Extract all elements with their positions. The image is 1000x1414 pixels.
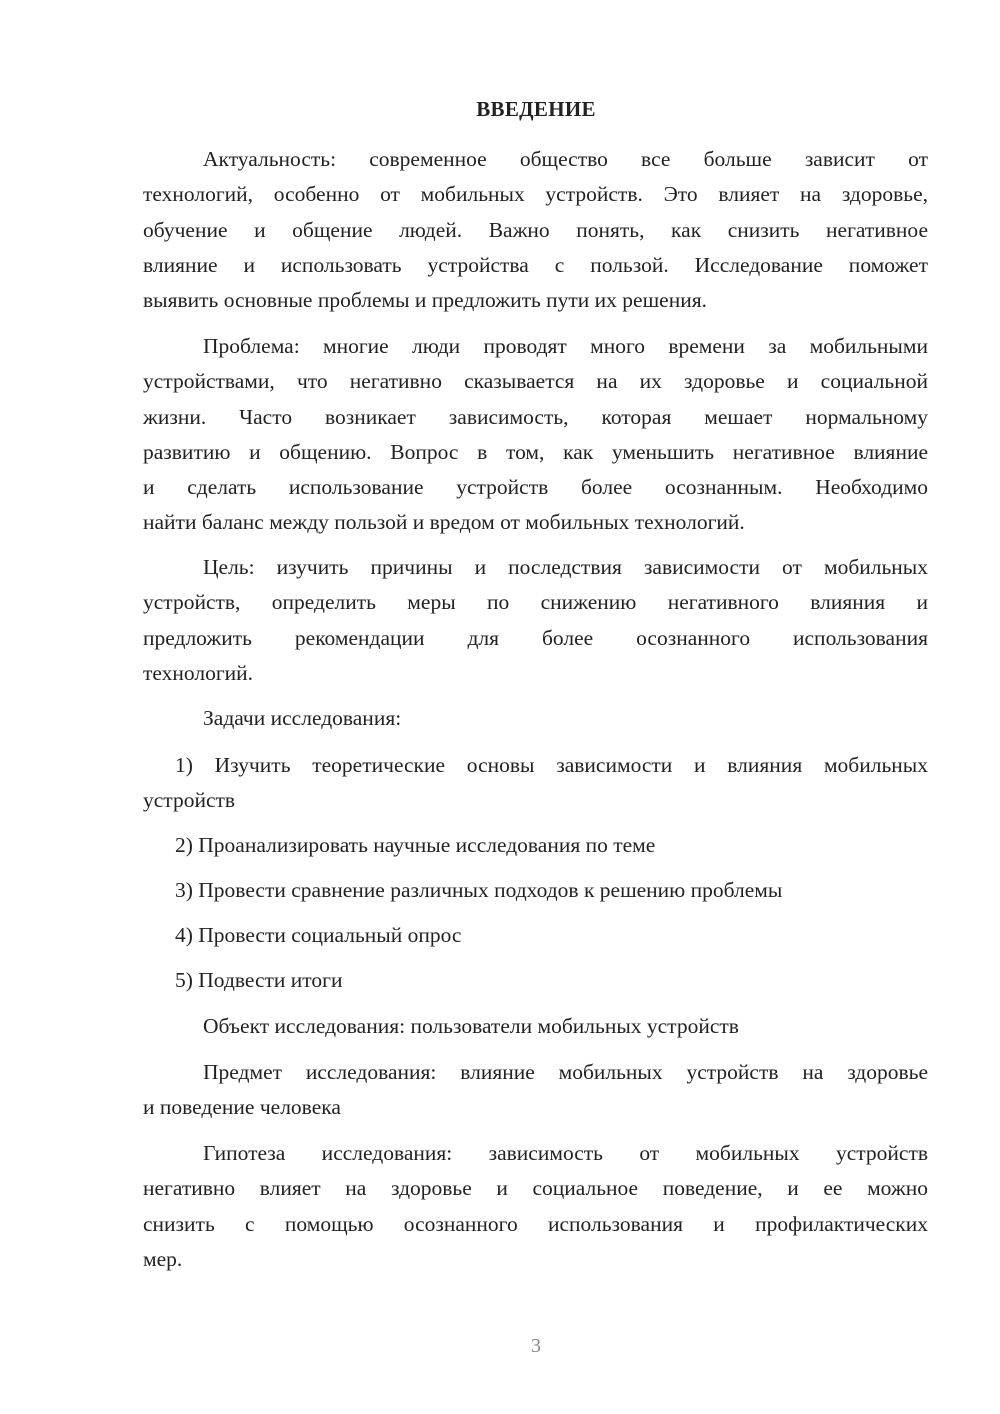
page-title: ВВЕДЕНИЕ (0, 97, 1000, 122)
text-line: снизить с помощью осознанного использова… (143, 1207, 928, 1242)
page-number: 3 (0, 1335, 1000, 1358)
paragraph-goal: Цель: изучить причины и последствия зави… (143, 550, 928, 691)
tasks-heading: Задачи исследования: (143, 701, 928, 736)
text-line: 5) Подвести итоги (143, 963, 928, 998)
text-line: Цель: изучить причины и последствия зави… (143, 550, 928, 585)
text-line: мер. (143, 1242, 928, 1277)
text-line: Предмет исследования: влияние мобильных … (143, 1055, 928, 1090)
text-line: Проблема: многие люди проводят много вре… (143, 329, 928, 364)
text-line: негативно влияет на здоровье и социально… (143, 1171, 928, 1206)
task-item-3: 3) Провести сравнение различных подходов… (143, 873, 928, 908)
text-line: устройствами, что негативно сказывается … (143, 364, 928, 399)
text-line: жизни. Часто возникает зависимость, кото… (143, 400, 928, 435)
paragraph-hypothesis: Гипотеза исследования: зависимость от мо… (143, 1136, 928, 1277)
paragraph-relevance: Актуальность: современное общество все б… (143, 142, 928, 318)
text-line: и поведение человека (143, 1090, 928, 1125)
text-line: устройств, определить меры по снижению н… (143, 585, 928, 620)
text-line: технологий, особенно от мобильных устрой… (143, 177, 928, 212)
text-line: выявить основные проблемы и предложить п… (143, 283, 928, 318)
paragraph-subject: Предмет исследования: влияние мобильных … (143, 1055, 928, 1126)
paragraph-problem: Проблема: многие люди проводят много вре… (143, 329, 928, 541)
text-line: Актуальность: современное общество все б… (143, 142, 928, 177)
text-line: 4) Провести социальный опрос (143, 918, 928, 953)
text-line: устройств (143, 783, 928, 818)
text-line: развитию и общению. Вопрос в том, как ум… (143, 435, 928, 470)
text-line: технологий. (143, 656, 928, 691)
text-line: обучение и общение людей. Важно понять, … (143, 213, 928, 248)
task-item-2: 2) Проанализировать научные исследования… (143, 828, 928, 863)
text-line: Объект исследования: пользователи мобиль… (143, 1009, 928, 1044)
task-item-4: 4) Провести социальный опрос (143, 918, 928, 953)
text-line: 2) Проанализировать научные исследования… (143, 828, 928, 863)
text-line: найти баланс между пользой и вредом от м… (143, 505, 928, 540)
text-line: предложить рекомендации для более осозна… (143, 621, 928, 656)
task-item-1: 1) Изучить теоретические основы зависимо… (143, 748, 928, 819)
paragraph-object: Объект исследования: пользователи мобиль… (143, 1009, 928, 1044)
task-item-5: 5) Подвести итоги (143, 963, 928, 998)
text-line: Гипотеза исследования: зависимость от мо… (143, 1136, 928, 1171)
text-line: влияние и использовать устройства с поль… (143, 248, 928, 283)
text-line: и сделать использование устройств более … (143, 470, 928, 505)
text-line: Задачи исследования: (143, 701, 928, 736)
text-line: 3) Провести сравнение различных подходов… (143, 873, 928, 908)
text-line: 1) Изучить теоретические основы зависимо… (143, 748, 928, 783)
